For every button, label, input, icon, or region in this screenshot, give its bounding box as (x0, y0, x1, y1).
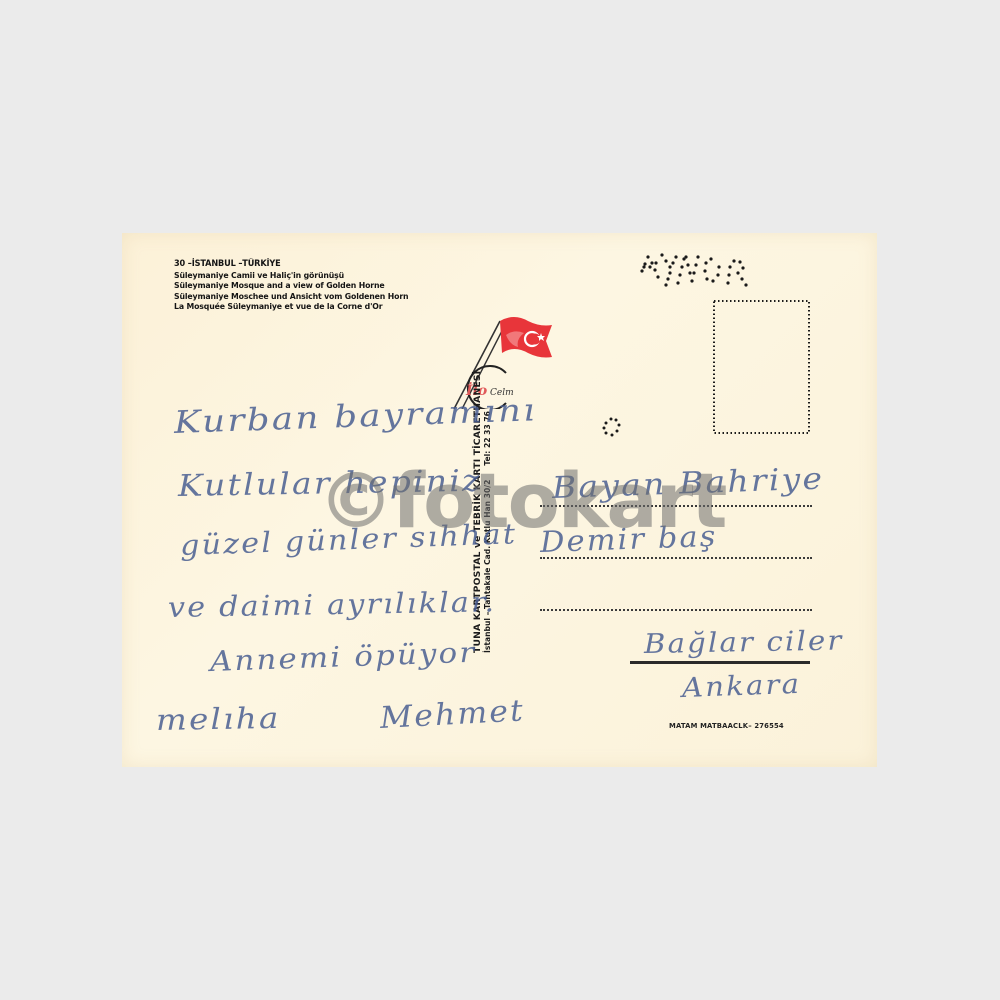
perforated-name-aynur-icon (640, 253, 747, 286)
address-line-1 (540, 505, 812, 507)
address-line-4 (630, 661, 810, 664)
message-line-3: güzel günler sıhhat (179, 517, 517, 562)
caption-line-en: Süleymaniye Mosque and a view of Golden … (174, 280, 408, 291)
message-sender: melıha (156, 701, 281, 737)
address-line-3 (540, 609, 812, 611)
address-city: Ankara (681, 669, 801, 704)
caption-title: 30 –İSTANBUL –TÜRKİYE (174, 259, 408, 270)
message-line-2: Kutlular hepiniz (178, 464, 482, 504)
stamp-box-icon (714, 301, 809, 433)
postcard-caption: 30 –İSTANBUL –TÜRKİYE Süleymaniye Camii … (174, 259, 408, 312)
printer-imprint: MATAM MATBAACLK– 276554 (669, 721, 784, 730)
postcard-back: 30 –İSTANBUL –TÜRKİYE Süleymaniye Camii … (122, 233, 877, 767)
address-street: Demir baş (539, 519, 718, 559)
caption-line-fr: La Mosquée Süleymaniye et vue de la Corn… (174, 301, 408, 312)
perforated-mark-icon (603, 418, 621, 437)
message-line-4: ve daimi ayrılıklar. (168, 585, 497, 624)
address-name: Bayan Bahriye (551, 462, 824, 506)
caption-line-de: Süleymaniye Moschee und Ansicht vom Gold… (174, 291, 408, 302)
caption-line-tr: Süleymaniye Camii ve Haliç'in görünüşü (174, 270, 408, 281)
address-district: Bağlar ciler (644, 626, 844, 660)
signature: Mehmet (379, 693, 526, 736)
imprint-line-2: İstanbul – Tahtakale Cad. Kutlu Han 30/2 (483, 480, 492, 653)
message-line-5: Annemi öpüyor (209, 636, 476, 678)
